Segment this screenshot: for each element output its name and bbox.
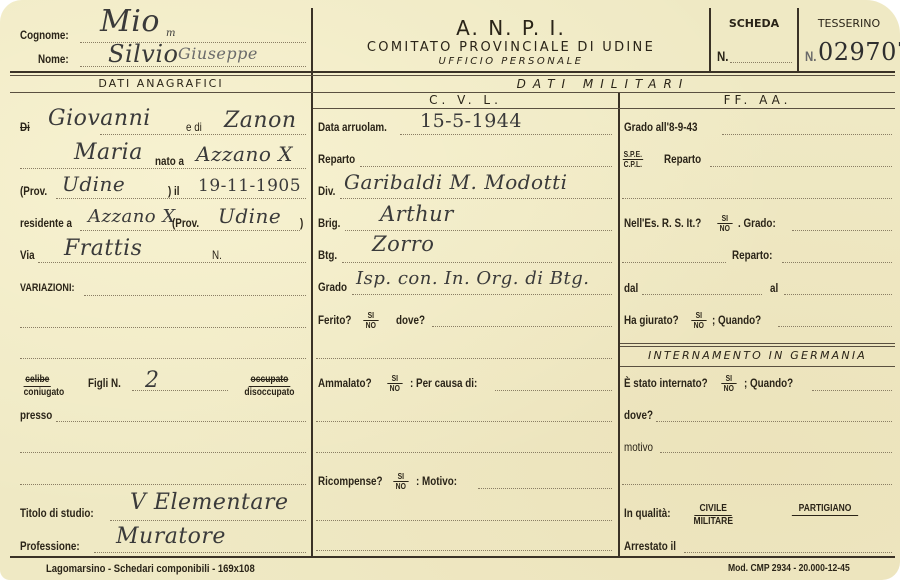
presso-line-3: [20, 484, 306, 485]
ricompense-si-no[interactable]: SI NO: [393, 472, 408, 491]
giurato-quando-line: [778, 326, 892, 327]
org-title: A. N. P. I.: [313, 16, 709, 40]
si-option: SI: [691, 311, 706, 321]
grado-cvl-label: Grado: [318, 280, 347, 294]
grado-ffaa-line: [722, 134, 892, 135]
no-option: NO: [390, 384, 400, 393]
grado-cvl-value: Isp. con. In. Org. di Btg.: [356, 268, 589, 289]
via-label: Via: [20, 248, 35, 262]
nome-label: Nome:: [38, 52, 69, 66]
mother-surname: Zanon: [224, 108, 297, 133]
si-option: SI: [717, 214, 732, 224]
no-option: NO: [694, 321, 704, 330]
brig-label: Brig.: [318, 216, 340, 230]
dati-militari-title: DATI MILITARI: [313, 77, 893, 91]
ammalato-si-no[interactable]: SI NO: [387, 374, 402, 393]
internato-dove-label: dove?: [624, 408, 653, 422]
birthplace-value: Azzano X: [196, 142, 293, 166]
no-option: NO: [724, 384, 734, 393]
professione-value: Muratore: [116, 524, 226, 549]
rsi-grado-label: . Grado:: [738, 216, 776, 230]
rsi-reparto-line: [782, 262, 892, 263]
reparto-ffaa-label: Reparto: [664, 152, 701, 166]
ferito-dove-line: [432, 326, 612, 327]
ferito-line-2: [316, 358, 612, 359]
occupato-option: occupato: [249, 374, 290, 387]
btg-line: [342, 262, 612, 263]
marital-status: celibe coniugato: [24, 374, 65, 399]
ricompense-label: Ricompense?: [318, 474, 383, 488]
reparto-label: Reparto: [318, 152, 355, 166]
dal-line: [642, 294, 762, 295]
cvl-title: C. V. L.: [313, 93, 618, 107]
header-rule: [10, 71, 895, 73]
variazioni-line-2: [20, 327, 306, 328]
office-name: UFFICIO PERSONALE: [313, 56, 709, 67]
nome-correction: Giuseppe: [178, 44, 258, 63]
titolo-studio-label: Titolo di studio:: [20, 506, 94, 520]
birth-prov-value: Udine: [62, 172, 125, 196]
cognome-annotation: m: [166, 28, 176, 39]
spe-cpl-choice[interactable]: S.P.E. C.P.L.: [623, 150, 643, 169]
arrestato-line: [684, 552, 892, 553]
footer-rule: [10, 556, 895, 558]
rsi-reparto-label: Reparto:: [732, 248, 772, 262]
qualita-label: In qualità:: [624, 506, 670, 520]
tesserino-n-label: N.: [805, 48, 816, 64]
titolo-line: [110, 520, 306, 521]
civile-option: CIVILE: [694, 503, 732, 516]
printer-imprint: Lagomarsino - Schedari componibili - 169…: [46, 563, 255, 575]
divider-cvl-ffaa: [618, 92, 620, 556]
rsi-reparto-line-left: [622, 262, 726, 263]
residente-label: residente a: [20, 216, 72, 230]
scheda-n-label: N.: [717, 48, 728, 64]
professione-label: Professione:: [20, 539, 80, 553]
rsi-label: Nell'Es. R. S. It.?: [624, 216, 701, 230]
birthplace-line: [20, 168, 306, 169]
disoccupato-option: disoccupato: [244, 387, 294, 399]
prov-line: [56, 198, 306, 199]
giurato-quando-label: ; Quando?: [712, 313, 761, 327]
arrestato-label: Arrestato il: [624, 539, 676, 553]
div-value: Garibaldi M. Modotti: [344, 170, 568, 194]
grado-ffaa-label: Grado all'8-9-43: [624, 120, 697, 134]
btg-label: Btg.: [318, 248, 337, 262]
variazioni-line-3: [20, 358, 306, 359]
cpl-option: C.P.L.: [624, 160, 642, 169]
employment-status: occupato disoccupato: [244, 374, 294, 399]
father-value: Giovanni: [48, 106, 151, 131]
reparto-ffaa-line-2: [622, 198, 892, 199]
ammalato-label: Ammalato?: [318, 376, 372, 390]
e-di-label: e di: [186, 120, 202, 134]
al-label: al: [770, 281, 778, 295]
tesserino-number: 029707: [818, 38, 900, 66]
subsection-rule: [313, 108, 895, 109]
figli-label: Figli N.: [88, 376, 121, 390]
per-causa-line: [495, 390, 612, 391]
scheda-number-field: [730, 62, 792, 63]
model-number: Mod. CMP 2934 - 20.000-12-45: [728, 563, 850, 574]
internamento-rule-top: [620, 343, 895, 344]
header-rule-2: [10, 75, 895, 76]
div-line: [340, 198, 612, 199]
reparto-ffaa-line: [710, 166, 892, 167]
tesserino-label: TESSERINO: [799, 17, 899, 30]
giurato-label: Ha giurato?: [624, 313, 679, 327]
via-value: Frattis: [64, 236, 142, 261]
ricompense-line-3: [316, 550, 612, 551]
si-option: SI: [387, 374, 402, 384]
titolo-studio-value: V Elementare: [130, 490, 289, 515]
partigiano-label: PARTIGIANO: [792, 503, 858, 516]
ammalato-line-2: [316, 421, 612, 422]
coniugato-option: coniugato: [24, 387, 65, 399]
mother-name: Maria: [74, 140, 143, 165]
internamento-rule-top2: [620, 346, 895, 347]
militare-option: MILITARE: [693, 516, 733, 528]
ffaa-title: FF. AA.: [620, 93, 895, 107]
il-label: ) il: [168, 184, 179, 198]
giurato-si-no[interactable]: SI NO: [691, 311, 706, 330]
variazioni-line-1: [84, 295, 306, 296]
rsi-grado-line: [792, 230, 892, 231]
internato-si-no[interactable]: SI NO: [721, 374, 736, 393]
di-label: Di: [20, 120, 30, 134]
professione-line: [94, 552, 306, 553]
no-option: NO: [396, 482, 406, 491]
internato-label: È stato internato?: [624, 376, 708, 390]
parents-line: [100, 134, 306, 135]
rsi-si-no[interactable]: SI NO: [717, 214, 732, 233]
figli-line: [132, 390, 228, 391]
dati-anagrafici-title: DATI ANAGRAFICI: [12, 77, 310, 90]
org-subtitle: COMITATO PROVINCIALE DI UDINE: [313, 40, 709, 55]
internato-motivo-line-2: [622, 484, 892, 485]
al-line: [784, 294, 892, 295]
spe-option: S.P.E.: [623, 150, 643, 160]
presso-label: presso: [20, 408, 52, 422]
residence-prov-value: Udine: [218, 204, 281, 228]
data-arruolam-label: Data arruolam.: [318, 120, 387, 134]
no-option: NO: [720, 224, 730, 233]
prov2-label: (Prov.: [172, 216, 199, 230]
anpi-record-card: Cognome: Mio m Nome: Silvio Giuseppe A. …: [0, 0, 900, 580]
internato-dove-line: [656, 421, 892, 422]
per-causa-label: : Per causa di:: [410, 376, 477, 390]
dal-label: dal: [624, 281, 638, 295]
ricompense-line-2: [316, 520, 612, 521]
partigiano-option[interactable]: PARTIGIANO: [792, 503, 858, 516]
scheda-label: SCHEDA: [711, 17, 797, 30]
internato-quando-line: [812, 390, 892, 391]
data-arruolam-line: [400, 134, 612, 135]
birth-date-value: 19-11-1905: [198, 176, 301, 196]
internamento-title: INTERNAMENTO IN GERMANIA: [620, 349, 895, 362]
ferito-si-no[interactable]: SI NO: [363, 311, 378, 330]
btg-value: Zorro: [372, 232, 434, 256]
prov2-close: ): [300, 216, 303, 230]
reparto-line: [360, 166, 612, 167]
si-option: SI: [393, 472, 408, 482]
internato-motivo-line: [660, 452, 892, 453]
grado-cvl-line: [352, 294, 612, 295]
no-option: NO: [366, 321, 376, 330]
civile-militare-choice[interactable]: CIVILE MILITARE: [693, 503, 733, 528]
cognome-value: Mio: [100, 4, 160, 39]
internato-motivo-label: motivo: [624, 440, 653, 454]
internamento-rule-bottom: [620, 366, 895, 367]
variazioni-label: VARIAZIONI:: [20, 282, 74, 294]
via-line: [38, 262, 306, 263]
si-option: SI: [363, 311, 378, 321]
cognome-label: Cognome:: [20, 28, 69, 42]
div-label: Div.: [318, 184, 335, 198]
residence-value: Azzano X: [88, 206, 176, 227]
brig-line: [345, 230, 612, 231]
prov-label: (Prov.: [20, 184, 47, 198]
si-option: SI: [721, 374, 736, 384]
motivo-label: : Motivo:: [416, 474, 457, 488]
presso-line: [56, 421, 306, 422]
ammalato-line-3: [316, 452, 612, 453]
ferito-label: Ferito?: [318, 313, 351, 327]
internato-quando-label: ; Quando?: [744, 376, 793, 390]
nome-value: Silvio: [108, 40, 178, 68]
ferito-dove-label: dove?: [396, 313, 425, 327]
celibe-option: celibe: [24, 374, 52, 387]
brig-value: Arthur: [380, 202, 454, 226]
nato-a-label: nato a: [155, 154, 184, 168]
n-label: N.: [212, 248, 222, 262]
data-arruolam-value: 15-5-1944: [420, 110, 522, 132]
presso-line-2: [20, 452, 306, 453]
residence-line: [80, 230, 300, 231]
motivo-line: [478, 488, 612, 489]
